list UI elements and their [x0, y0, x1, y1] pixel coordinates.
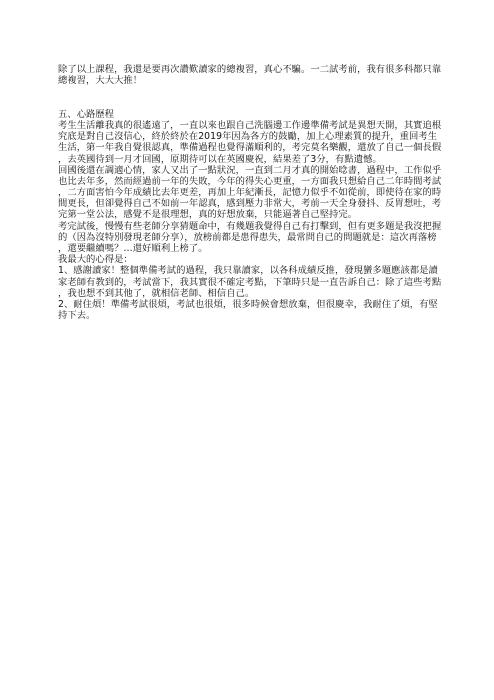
text-line: ，我也想不到其他了，就相信老師、相信自己。	[58, 288, 444, 299]
text-line: 回國後還在調適心情，家人又出了一點狀況，一直到二月才真的開始唸書，過程中，工作似…	[58, 165, 444, 176]
text-line: 家老師有教到的，考試當下，我其實很不確定考點，下筆時只是一直告訴自己：除了這些考…	[58, 277, 444, 288]
text-line: 除了以上課程，我還是要再次讚歎讀家的總複習，真心不騙。一二試考前，我有很多科都只…	[58, 64, 444, 75]
text-line: ，還要繼續嗎？…還好順利上榜了。	[58, 243, 444, 254]
document-page: 除了以上課程，我還是要再次讚歎讀家的總複習，真心不騙。一二試考前，我有很多科都只…	[58, 64, 444, 321]
text-line: ，去英國待到一月才回國，原期待可以在英國慶祝，結果差了3分，有點遺憾。	[58, 154, 444, 165]
text-line: ，二方面害怕今年成績比去年更差，再加上年紀漸長，記憶力似乎不如從前，即使待在家的…	[58, 187, 444, 198]
text-line: 生活，第一年我自覺很認真，準備過程也覺得滿順利的，考完莫名樂觀，還放了自己一個長…	[58, 142, 444, 153]
section-heading: 五、心路歷程	[58, 109, 444, 120]
text-line: 2、耐住煩！準備考試很煩，考試也很煩，很多時候會想放棄，但很慶幸，我耐住了煩，有…	[58, 299, 444, 310]
paragraph-spacer	[58, 86, 444, 97]
text-line: 1、感謝讀家！整個準備考試的過程，我只靠讀家，以各科成績反推，發現蠻多題應該都是…	[58, 265, 444, 276]
intro-paragraph: 除了以上課程，我還是要再次讚歎讀家的總複習，真心不騙。一二試考前，我有很多科都只…	[58, 64, 444, 86]
text-line: 完第一堂公法，感覺不是很理想，真的好想放棄，只能逼著自己堅持完。	[58, 209, 444, 220]
text-line: 究底是對自己沒信心，終於終於在2019年因為各方的鼓勵，加上心理素質的提升，重回…	[58, 131, 444, 142]
text-line: 間更長，但卻覺得自己不如前一年認真，感到壓力非常大，考前一天全身發抖、反胃想吐，…	[58, 198, 444, 209]
text-line: 也比去年多，然而經過前一年的失敗，今年的得失心更重，一方面我只想給自己二年時間考…	[58, 176, 444, 187]
text-line: 持下去。	[58, 310, 444, 321]
text-line: 我最大的心得是：	[58, 254, 444, 265]
text-line: 考生生活離我真的很遙遠了，一直以來也跟自己洗腦邊工作邊準備考試是異想天開，其實追…	[58, 120, 444, 131]
section-paragraph: 考生生活離我真的很遙遠了，一直以來也跟自己洗腦邊工作邊準備考試是異想天開，其實追…	[58, 120, 444, 321]
paragraph-spacer	[58, 98, 444, 109]
text-line: 的（因為沒特別發現老師分享），放榜前都是患得患失，最常問自己的問題就是：這次再落…	[58, 232, 444, 243]
text-line: 總複習，大大大推！	[58, 75, 444, 86]
text-line: 考完試後，慢慢有些老師分享猜題命中，有幾題我覺得自己有打擊到，但有更多題是我沒把…	[58, 221, 444, 232]
